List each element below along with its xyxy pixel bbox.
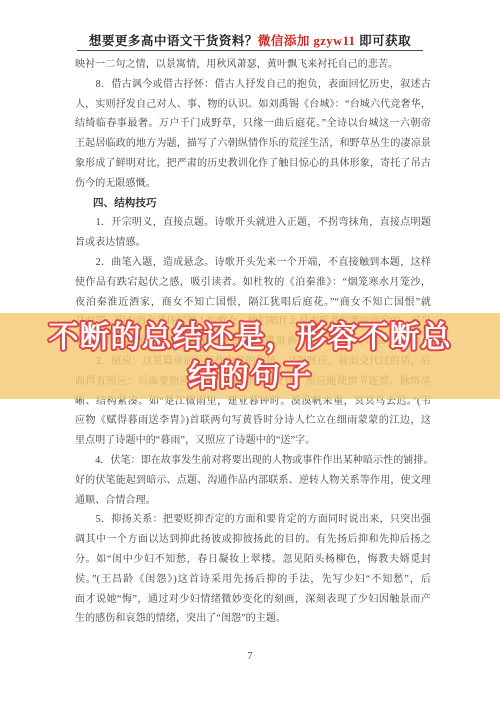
- text-line: 面才说她“悔”，通过对少妇情绪微妙变化的刻画，深刻表现了少妇因触景而产: [75, 590, 431, 610]
- text-line: 应物《赋得暮雨送李胄》)首联两句写黄昏时分诗人伫立在细雨蒙蒙的江边，这: [75, 411, 431, 431]
- text-line: 伤今的无限感慨。: [75, 174, 431, 194]
- title-overlay-band: 不断的总结还是，形容不断总 结的句子: [0, 313, 500, 399]
- text-line: 结绮临春事最奢。万户千门成野草，只缘一曲后庭花。”全诗以台城这一六朝帝: [75, 114, 431, 134]
- promo-text-wechat-red: 微信添加 gzyw11: [258, 34, 356, 48]
- promo-text-black-left: 想要更多高中语文干货资料？: [89, 34, 258, 48]
- text-line: 好的伏笔能起到暗示、点题、沟通作品内部联系、逆转人物关系等作用，使文理: [75, 471, 431, 491]
- text-line: 人，实则抒发自己对人、事、物的认识。如刘禹锡《台城》：“台城六代竞奢华，: [75, 95, 431, 115]
- text-line: 调其中一个方面以达到抑此扬彼或抑彼扬此的目的。有先扬后抑和先抑后扬之: [75, 530, 431, 550]
- promo-header: 想要更多高中语文干货资料？微信添加 gzyw11 即可获取: [0, 33, 500, 49]
- text-line: 里点明了诗题中的“暮雨”，又照应了诗题中的“送”字。: [75, 431, 431, 451]
- promo-text-black-right: 即可获取: [355, 34, 411, 48]
- text-line: 通顺、合情合理。: [75, 491, 431, 511]
- section-heading: 四、结构技巧: [75, 194, 431, 214]
- text-line: 1．开宗明义，直接点题。诗歌开头就进入正题，不拐弯抹角，直接点明题: [75, 213, 431, 233]
- text-line: 王起居临政的地方为题，描写了六朝纵情作乐的荒淫生活，和野草丛生的凄凉景: [75, 134, 431, 154]
- text-line: 映衬一二句之情，以景寓情，用秋风萧瑟，黄叶飘飞来衬托自己的悲苦。: [75, 55, 431, 75]
- title-line-2: 结的句子: [188, 359, 312, 393]
- text-line: 使作品有跌宕起伏之感，吸引读者。如杜牧的《泊秦淮》：“烟笼寒水月笼沙，: [75, 273, 431, 293]
- text-line: 分。如“闺中少妇不知愁，春日凝妆上翠楼。忽见陌头杨柳色，悔教夫婿觅封: [75, 550, 431, 570]
- title-line-1: 不断的总结还是，形容不断总: [49, 321, 452, 355]
- text-line: 象形成了鲜明对比，把严肃的历史教训化作了触目惊心的具体形象，寄托了吊古: [75, 154, 431, 174]
- text-line: 侯。”(王昌龄《闺怨》)这首诗采用先扬后抑的手法，先写少妇“不知愁”，后: [75, 570, 431, 590]
- text-line: 2．曲笔入题，造成悬念。诗歌开头先来一个开端，不直接触到本题，这样: [75, 253, 431, 273]
- text-line: 5．抑扬关系：把要贬抑否定的方面和要肯定的方面同时说出来，只突出强: [75, 510, 431, 530]
- title-overlay: 不断的总结还是，形容不断总 结的句子: [0, 313, 500, 399]
- text-line: 8．借古讽今或借古抒怀：借古人抒发自己的抱负，表面回忆历史，叙述古: [75, 75, 431, 95]
- page-number: 7: [0, 650, 500, 664]
- text-line: 夜泊秦淮近酒家，商女不知亡国恨，隔江犹唱后庭花。”“商女不知亡国恨”就: [75, 293, 431, 313]
- text-line: 4．伏笔：即在故事发生前对将要出现的人物或事件作出某种暗示性的铺排。: [75, 451, 431, 471]
- document-page: 想要更多高中语文干货资料？微信添加 gzyw11 即可获取 映衬一二句之情，以景…: [0, 0, 500, 707]
- header-divider: [77, 50, 423, 51]
- text-line: 生的感伤和哀怨的情绪，突出了“闺怨”的主题。: [75, 609, 431, 629]
- text-line: 旨或表达情感。: [75, 233, 431, 253]
